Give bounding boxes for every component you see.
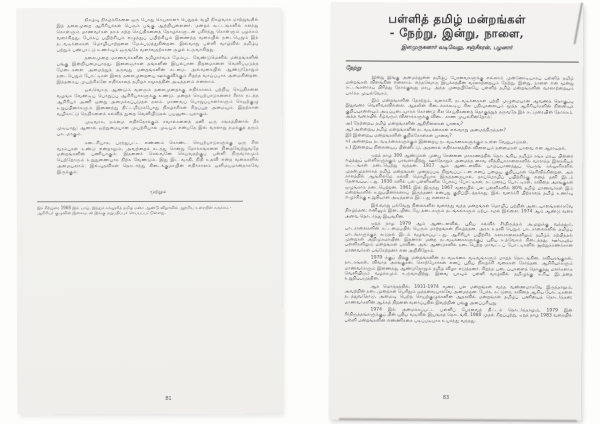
paragraph: ஒவ்வொரு ஆண்டும் வளரும் தலைமுறைக்கு எதிர்… [57, 88, 259, 118]
list-item: உ) இன்றைய நிலையைப் பின்னிட்டு, அதனால் எத… [345, 146, 573, 153]
paragraph: தலைமுறை மாணவர்களின் தமிழார்வம் மேம்பட வே… [57, 56, 259, 86]
paragraph: ஏறத் தாழ 300 ஆண்டுகள் முன்பு சென்னை மாகா… [345, 153, 573, 202]
paragraph: இவ்வாறு பல்வேறு நிலைகளில் வளர்ந்து வந்த … [345, 203, 573, 220]
paragraph: முடிவாக, நம்மை எதிர்நோக்கும் சவால்களைத் … [57, 120, 259, 138]
page-edge-shadow [573, 3, 582, 45]
paragraph: கடைசியாக, பரந்துபட்ட எண்ணம் கொண்ட செயற்ப… [57, 140, 259, 176]
title-rule [346, 60, 579, 62]
article-byline: இளமுருகனார் வடிவேலு, சஞ்சீகரன், பழனார் [341, 44, 573, 52]
section-heading: நேற்று [346, 65, 362, 72]
paragraph: 1979 க்குப் பிறகு மன்றங்களின் நடவடிக்கை … [345, 255, 573, 283]
right-page-text-block: இன்று இங்கு அமைந்துள்ள தமிழ்ப் பேரவைகளுக… [344, 75, 574, 392]
end-mark: முற்றும் [57, 189, 259, 196]
paragraph: 1974 இல் அமைக்கப்பட்ட பள்ளிப் பேரவைத் தி… [344, 307, 572, 324]
article-title-line1: பள்ளித் தமிழ் மன்றங்கள் [341, 12, 573, 27]
question-list: அ) நேற்றைய தமிழ் மன்றங்களின் ஆதிநிலைகள் … [345, 122, 573, 153]
article-title-block: பள்ளித் தமிழ் மன்றங்கள் - நேற்று, இன்று,… [341, 12, 573, 52]
page-number: 81 [165, 396, 171, 402]
paragraph: நிகழ்வு நிகழ்ச்சிகளை ஒரு போது செயலாளர் ப… [56, 18, 258, 54]
left-page: நிகழ்வு நிகழ்ச்சிகளை ஒரு போது செயலாளர் ப… [16, 8, 282, 415]
paragraph: ஆக மொத்தத்தில், 1931-1974 வரை, பல மன்றங்… [345, 284, 573, 307]
left-page-text-block: நிகழ்வு நிகழ்ச்சிகளை ஒரு போது செயலாளர் ப… [56, 18, 258, 191]
paragraph: இம் மன்றங்களின் தோற்றம், வளர்ச்சி, நடவடி… [345, 98, 573, 121]
footnote: இச் சிற்றுரை 1968 இல் யாழ். இந்துக் கல்ல… [37, 204, 247, 215]
scanned-book-spread: நிகழ்வு நிகழ்ச்சிகளை ஒரு போது செயலாளர் ப… [0, 0, 600, 424]
footnote-rule [37, 201, 243, 203]
paragraph: ஏறத் தாழ 1979 ஆம் ஆண்டளவில், புதிய கல்வி… [345, 221, 573, 254]
right-page: பள்ளித் தமிழ் மன்றங்கள் - நேற்று, இன்று,… [329, 2, 583, 420]
paragraph: இன்று இங்கு அமைந்துள்ள தமிழ்ப் பேரவைகளுக… [346, 75, 574, 98]
page-number: 83 [443, 395, 449, 401]
article-title-line2: - நேற்று, இன்று, நாளை, [341, 26, 573, 41]
